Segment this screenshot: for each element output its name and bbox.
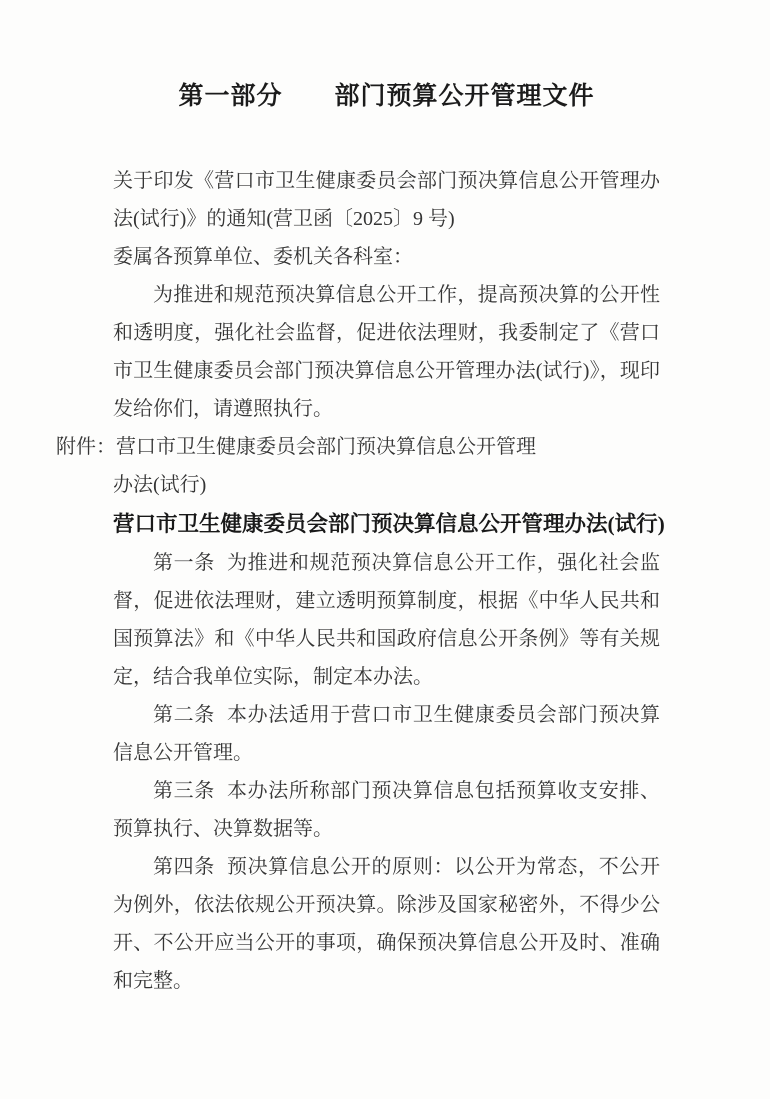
section-title: 第一部分 部门预算公开管理文件: [113, 78, 660, 116]
attachment-line2: 办法(试行): [113, 474, 206, 496]
article-3: 第三条本办法所称部门预决算信息包括预算收支安排、预算执行、决算数据等。: [113, 772, 660, 848]
article-2: 第二条本办法适用于营口市卫生健康委员会部门预决算信息公开管理。: [113, 696, 660, 772]
measure-title: 营口市卫生健康委员会部门预决算信息公开管理办法(试行): [113, 504, 660, 544]
article-1: 第一条为推进和规范预决算信息公开工作，强化社会监督，促进依法理财，建立透明预算制…: [113, 544, 660, 696]
document-body: 关于印发《营口市卫生健康委员会部门预决算信息公开管理办法(试行)》的通知(营卫函…: [113, 162, 660, 1000]
document-page: 第一部分 部门预算公开管理文件 关于印发《营口市卫生健康委员会部门预决算信息公开…: [0, 0, 770, 1099]
article-1-label: 第一条: [153, 552, 215, 574]
notice-body-paragraph: 为推进和规范预决算信息公开工作，提高预决算的公开性和透明度，强化社会监督，促进依…: [113, 276, 660, 428]
attachment-note: 附件：营口市卫生健康委员会部门预决算信息公开管理办法(试行): [113, 428, 660, 504]
notice-salutation: 委属各预算单位、委机关各科室：: [113, 238, 660, 276]
article-3-label: 第三条: [153, 780, 215, 802]
article-4-label: 第四条: [153, 856, 215, 878]
attachment-label: 附件：: [56, 436, 116, 458]
article-4: 第四条预决算信息公开的原则：以公开为常态，不公开为例外，依法依规公开预决算。除涉…: [113, 848, 660, 1000]
attachment-line1: 营口市卫生健康委员会部门预决算信息公开管理: [116, 436, 536, 458]
article-2-label: 第二条: [153, 704, 215, 726]
notice-title: 关于印发《营口市卫生健康委员会部门预决算信息公开管理办法(试行)》的通知(营卫函…: [113, 162, 660, 238]
